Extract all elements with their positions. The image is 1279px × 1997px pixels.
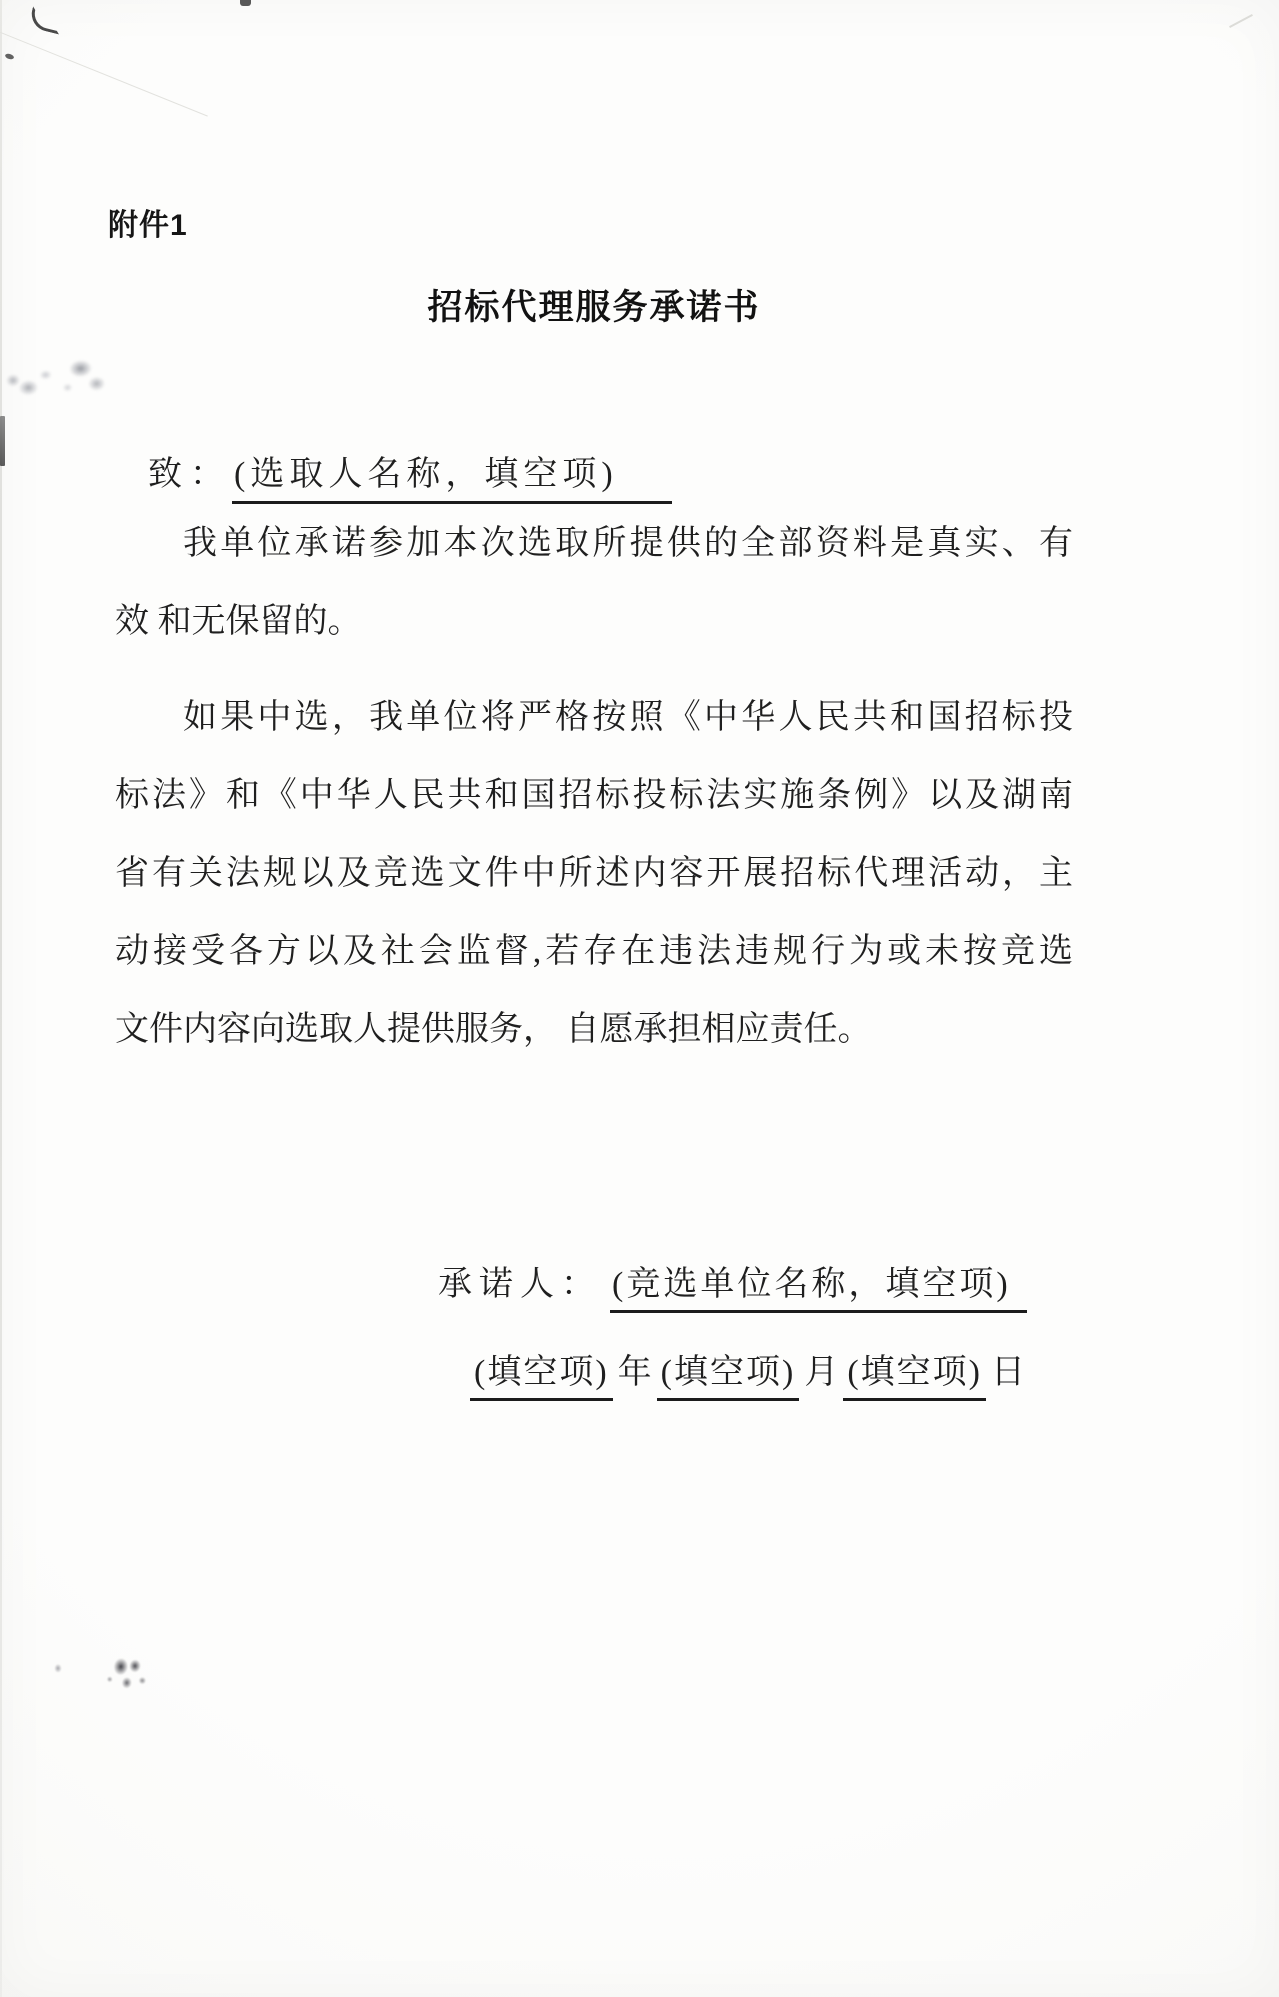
date-month-blank-underline: (填空项) — [657, 1354, 800, 1401]
scanned-document-page: 附件1 招标代理服务承诺书 致：(选取人名称，填空项) 我单位承诺参加本次选取所… — [0, 0, 1279, 1997]
ink-smudge-left-margin — [3, 343, 130, 419]
signature-label: 承诺人： — [438, 1266, 602, 1303]
left-edge-dark-tick — [0, 416, 5, 466]
corner-fold-mark — [28, 6, 64, 34]
date-day-unit: 日 — [991, 1354, 1025, 1391]
attachment-label: 附件1 — [108, 200, 188, 244]
document-title: 招标代理服务承诺书 — [115, 280, 1073, 330]
date-line: (填空项)年(填空项)月(填空项)日 — [470, 1344, 1030, 1393]
salutation-blank-underline: (选取人名称，填空项) — [232, 456, 672, 504]
ink-blot-bottom-left — [95, 1642, 160, 1704]
fold-line-mark — [0, 22, 208, 117]
text-line: 标法》和《中华人民共和国招标投标法实施条例》以及湖南 — [115, 757, 1073, 835]
text-line: 效 和无保留的。 — [115, 583, 1073, 661]
text-line: 动接受各方以及社会监督,若存在违法违规行为或未按竞选 — [115, 913, 1073, 991]
salutation-line: 致：(选取人名称，填空项) — [148, 446, 672, 495]
top-edge-mark — [240, 0, 251, 6]
scan-edge-line — [0, 0, 2, 1997]
ink-speck-bottom-left — [52, 1662, 64, 1676]
date-month-unit: 月 — [804, 1354, 838, 1391]
date-day-blank-underline: (填空项) — [843, 1354, 986, 1401]
date-year-blank-underline: (填空项) — [470, 1354, 613, 1401]
text-line: 文件内容向选取人提供服务， 自愿承担相应责任。 — [115, 991, 1073, 1069]
salutation-label: 致： — [148, 456, 232, 493]
signature-line: 承诺人：(竞选单位名称，填空项) — [438, 1256, 1027, 1305]
paragraph-obligations: 如果中选，我单位将严格按照《中华人民共和国招标投 标法》和《中华人民共和国招标投… — [115, 679, 1073, 1069]
text-line: 省有关法规以及竞选文件中所述内容开展招标代理活动，主 — [115, 835, 1073, 913]
date-year-unit: 年 — [618, 1354, 652, 1391]
signature-blank-underline: (竞选单位名称，填空项) — [610, 1266, 1027, 1313]
paragraph-commitment: 我单位承诺参加本次选取所提供的全部资料是真实、有 效 和无保留的。 — [115, 505, 1073, 661]
top-right-faint-mark — [1229, 14, 1253, 28]
text-line: 我单位承诺参加本次选取所提供的全部资料是真实、有 — [115, 505, 1073, 583]
text-line: 如果中选，我单位将严格按照《中华人民共和国招标投 — [115, 679, 1073, 757]
ink-dot-mark — [4, 53, 14, 61]
